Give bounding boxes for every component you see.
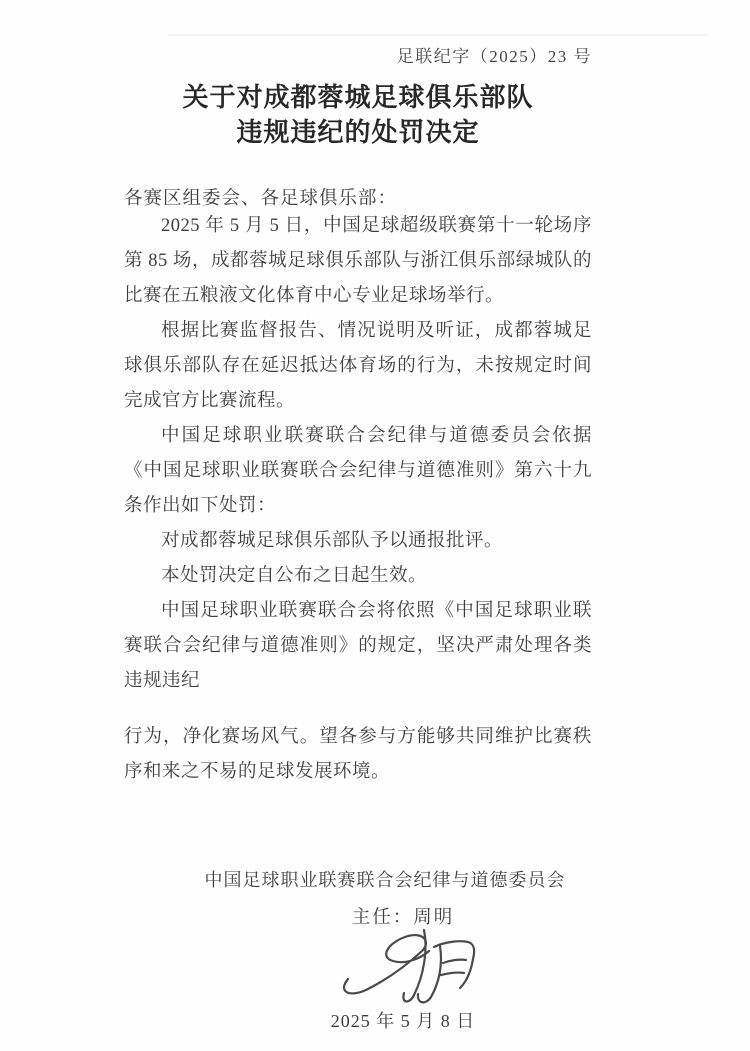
document-title-line2: 违规违纪的处罚决定 [124, 115, 592, 150]
paragraph: 本处罚决定自公布之日起生效。 [124, 559, 592, 594]
scanned-document-page: 足联纪字（2025）23 号 关于对成都蓉城足球俱乐部队 违规违纪的处罚决定 各… [0, 0, 750, 1051]
closing-committee-name: 中国足球职业联赛联合会纪律与道德委员会 [10, 866, 750, 892]
paragraph: 对成都蓉城足球俱乐部队予以通报批评。 [124, 524, 592, 559]
paragraph: 中国足球职业联赛联合会将依照《中国足球职业联赛联合会纪律与道德准则》的规定，坚决… [124, 594, 592, 699]
document-body: 2025 年 5 月 5 日，中国足球超级联赛第十一轮场序第 85 场，成都蓉城… [124, 209, 592, 790]
document-title-line1: 关于对成都蓉城足球俱乐部队 [124, 80, 592, 115]
signature-icon [336, 923, 486, 1015]
document-number: 足联纪字（2025）23 号 [124, 42, 592, 67]
scan-artifact-line [168, 34, 708, 36]
paragraph-continuation: 行为，净化赛场风气。望各参与方能够共同维护比赛秩序和来之不易的足球发展环境。 [124, 720, 592, 790]
paragraph: 中国足球职业联赛联合会纪律与道德委员会依据《中国足球职业联赛联合会纪律与道德准则… [124, 419, 592, 524]
closing-date: 2025 年 5 月 8 日 [28, 1007, 750, 1033]
document-title: 关于对成都蓉城足球俱乐部队 违规违纪的处罚决定 [124, 80, 592, 150]
paragraph: 根据比赛监督报告、情况说明及听证，成都蓉城足球俱乐部队存在延迟抵达体育场的行为，… [124, 314, 592, 419]
paragraph: 2025 年 5 月 5 日，中国足球超级联赛第十一轮场序第 85 场，成都蓉城… [124, 209, 592, 314]
salutation: 各赛区组委会、各足球俱乐部： [124, 184, 592, 210]
